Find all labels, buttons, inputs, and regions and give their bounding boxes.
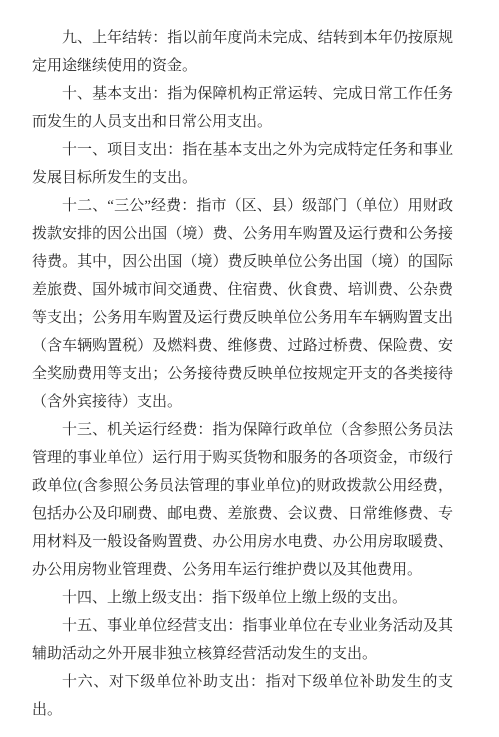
paragraph-term-15-institution-operating-expenditure: 十五、事业单位经营支出：指事业单位在专业业务活动及其辅助活动之外开展非独立核算经…: [32, 612, 453, 668]
document-page: 九、上年结转：指以前年度尚未完成、结转到本年仍按原规定用途继续使用的资金。 十、…: [0, 0, 499, 737]
paragraph-term-16-subsidy-to-subordinates: 十六、对下级单位补助支出：指对下级单位补助发生的支出。: [32, 668, 453, 724]
paragraph-term-14-payment-to-superior: 十四、上缴上级支出：指下级单位上缴上级的支出。: [32, 584, 453, 612]
paragraph-term-11-project-expenditure: 十一、项目支出：指在基本支出之外为完成特定任务和事业发展目标所发生的支出。: [32, 136, 453, 192]
paragraph-term-9-carryover-funds: 九、上年结转：指以前年度尚未完成、结转到本年仍按原规定用途继续使用的资金。: [32, 24, 453, 80]
paragraph-term-13-agency-operating-funds: 十三、机关运行经费：指为保障行政单位（含参照公务员法管理的事业单位）运行用于购买…: [32, 416, 453, 584]
paragraph-term-12-three-public-expenses: 十二、“三公”经费：指市（区、县）级部门（单位）用财政拨款安排的因公出国（境）费…: [32, 192, 453, 416]
paragraph-term-10-basic-expenditure: 十、基本支出：指为保障机构正常运转、完成日常工作任务而发生的人员支出和日常公用支…: [32, 80, 453, 136]
